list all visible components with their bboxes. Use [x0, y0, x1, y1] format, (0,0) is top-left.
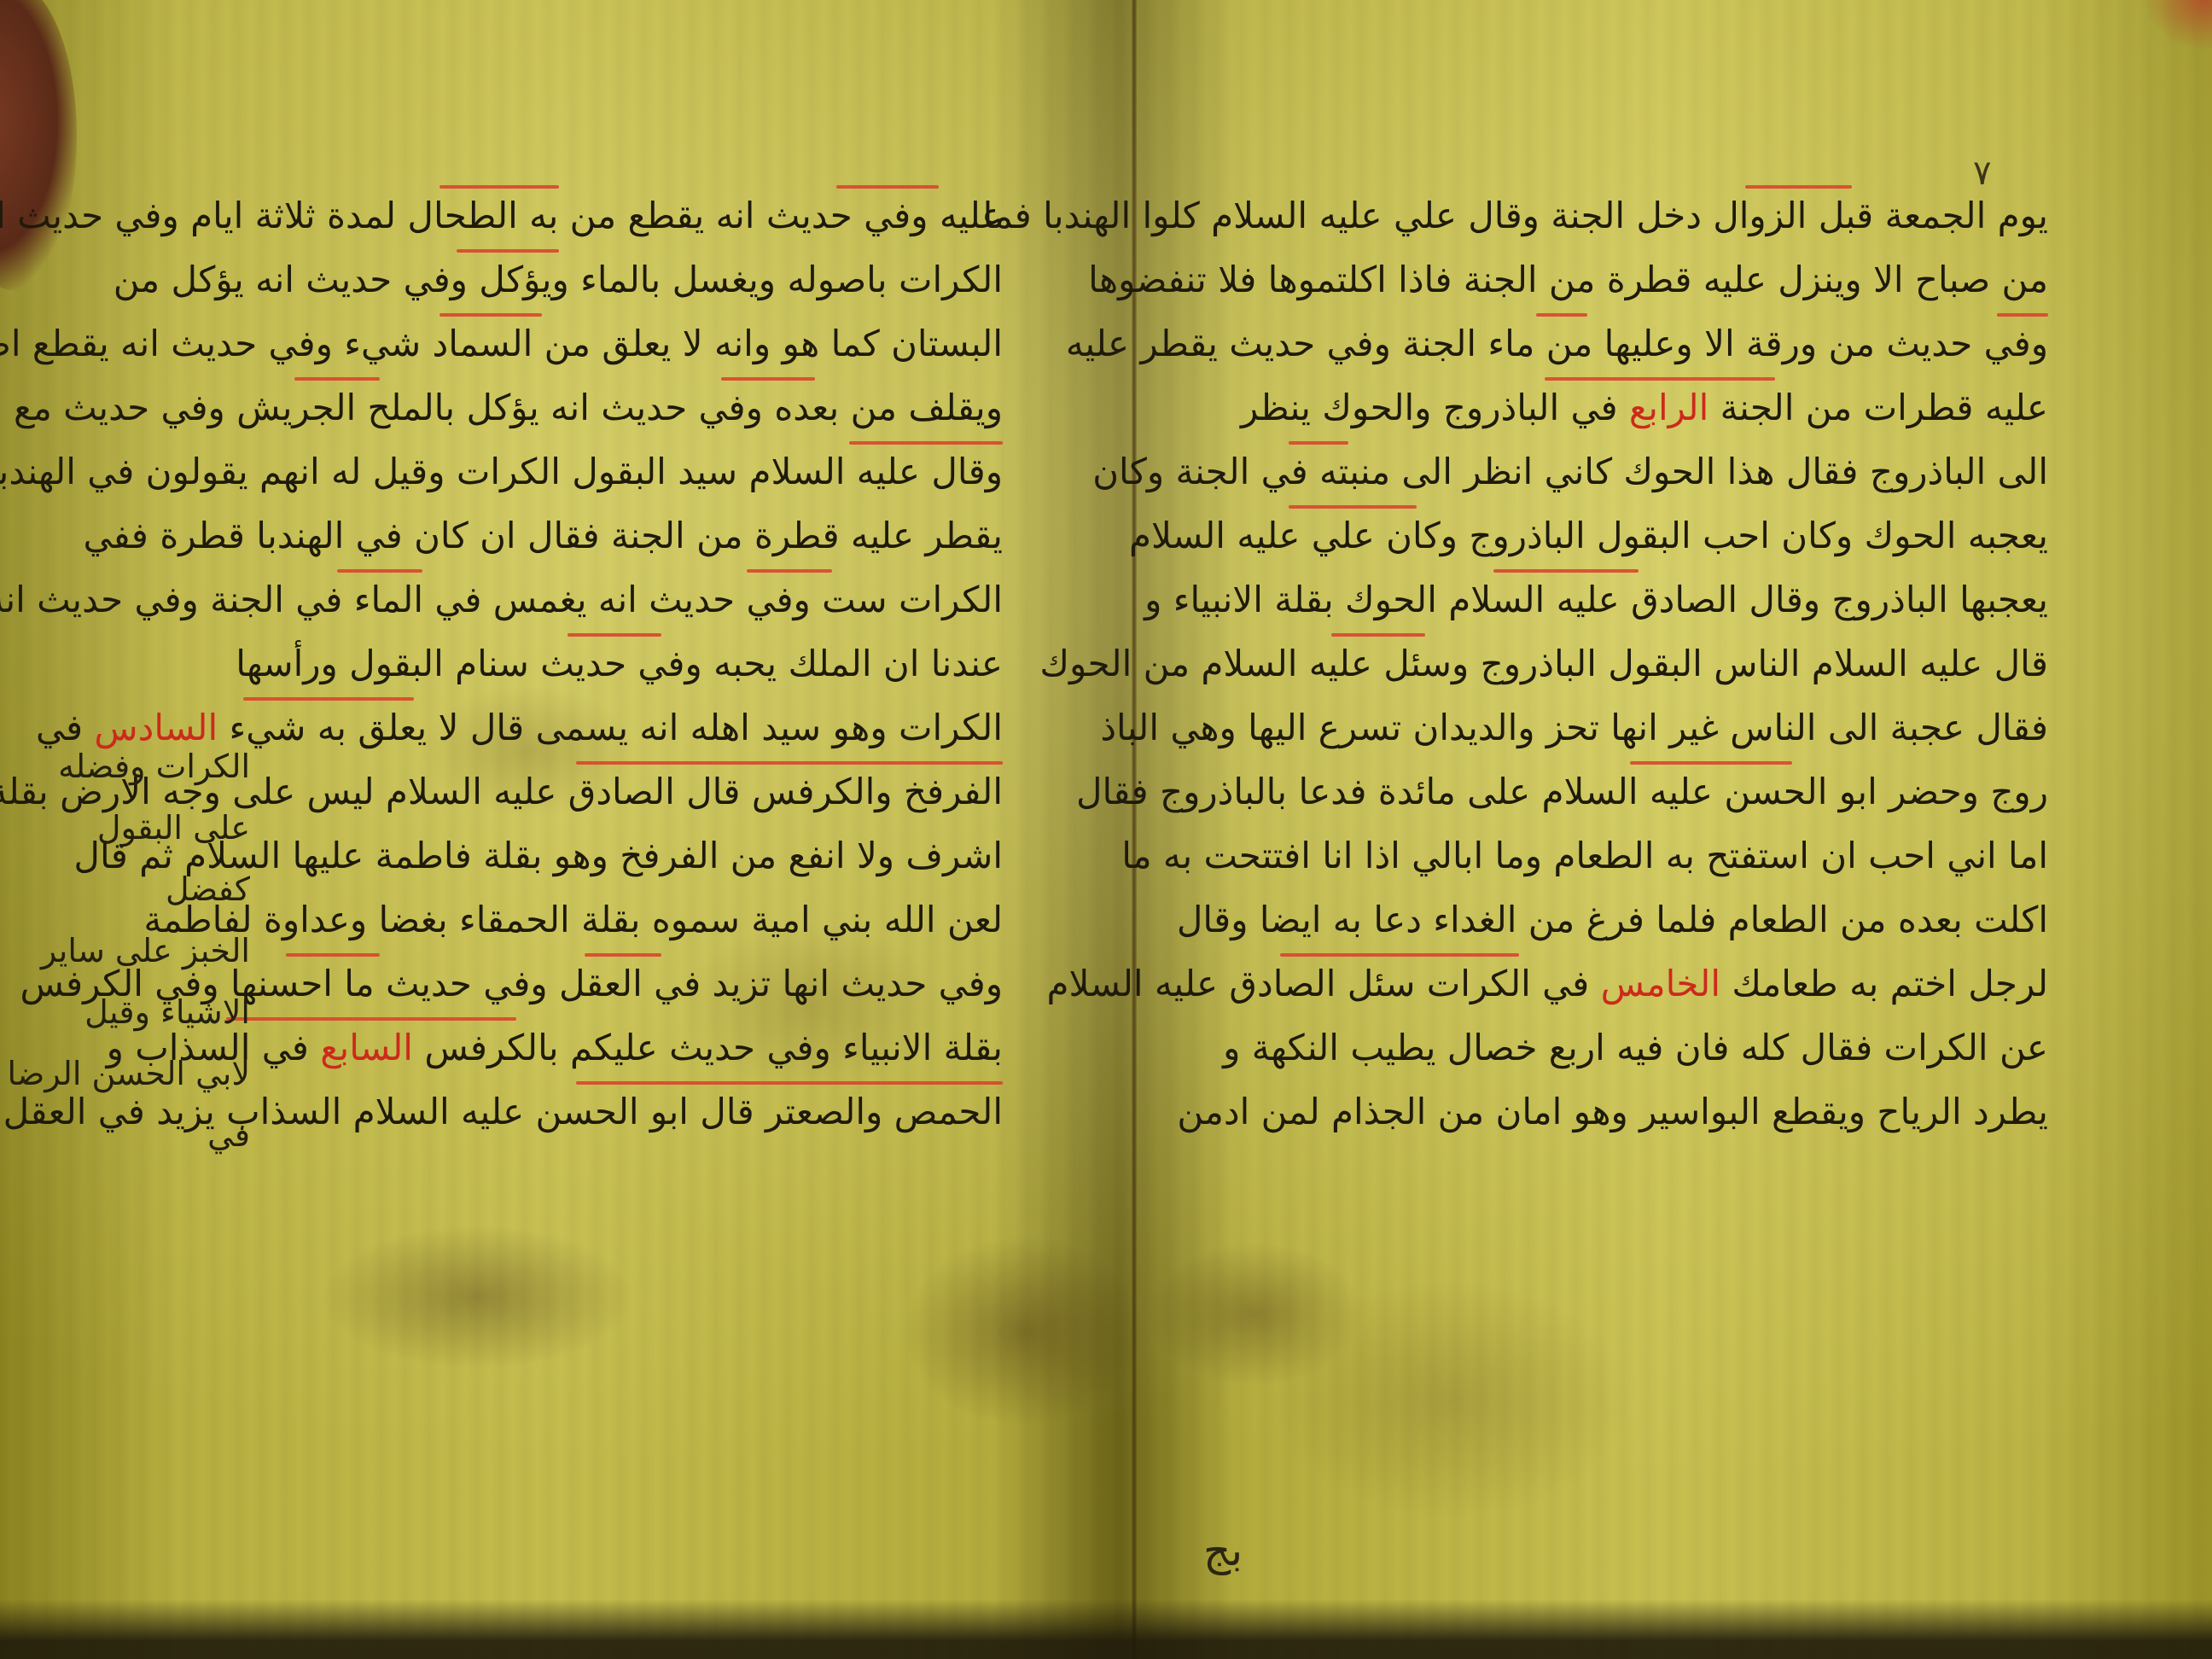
text-line: قال عليه السلام الناس البقول الباذروج وس… — [1280, 632, 2048, 696]
text-line: يوم الجمعة قبل الزوال دخل الجنة وقال علي… — [1280, 183, 2048, 247]
text-line: الحمص والصعتر قال ابو الحسن عليه السلام … — [252, 1080, 1003, 1144]
left-page: عليه وفي حديث انه يقطع من به الطحال لمدة… — [252, 183, 1003, 1144]
text-line: اما اني احب ان استفتح به الطعام وما ابال… — [1280, 824, 2048, 888]
text-line: يقطر عليه قطرة من الجنة فقال ان كان في ا… — [252, 504, 1003, 568]
text-line: فقال عجبة الى الناس غير انها تحز والديدا… — [1280, 696, 2048, 760]
text-line: اكلت بعده من الطعام فلما فرغ من الغداء د… — [1280, 888, 2048, 952]
right-page: يوم الجمعة قبل الزوال دخل الجنة وقال علي… — [1280, 183, 2048, 1144]
text-line: عن الكرات فقال كله فان فيه اربع خصال يطي… — [1280, 1016, 2048, 1080]
text-line: من صباح الا وينزل عليه قطرة من الجنة فاذ… — [1280, 247, 2048, 311]
text-line: الكرات باصوله ويغسل بالماء ويؤكل وفي حدي… — [252, 247, 1003, 311]
catchword: بج — [1203, 1526, 1243, 1575]
text-line: البستان كما هو وانه لا يعلق من السماد شي… — [252, 311, 1003, 375]
text-line: الكرات ست وفي حديث انه يغمس في الماء في … — [252, 568, 1003, 632]
text-line: الفرفخ والكرفس قال الصادق عليه السلام لي… — [252, 760, 1003, 824]
text-line: وفي حديث من ورقة الا وعليها من ماء الجنة… — [1280, 311, 2048, 375]
text-line: عندنا ان الملك يحبه وفي حديث سنام البقول… — [252, 632, 1003, 696]
text-line: الى الباذروج فقال هذا الحوك كاني انظر ال… — [1280, 439, 2048, 504]
text-line: عليه قطرات من الجنة الرابع في الباذروج و… — [1280, 375, 2048, 439]
text-line: روج وحضر ابو الحسن عليه السلام على مائدة… — [1280, 760, 2048, 824]
text-line: وفي حديث انها تزيد في العقل وفي حديث ما … — [252, 952, 1003, 1016]
text-line: بقلة الانبياء وفي حديث عليكم بالكرفس الس… — [252, 1016, 1003, 1080]
text-line: الكرات وهو سيد اهله انه يسمى قال لا يعلق… — [252, 696, 1003, 760]
rubric-heading: السابع — [320, 1027, 413, 1068]
text-line: لرجل اختم به طعامك الخامس في الكرات سئل … — [1280, 952, 2048, 1016]
margin-note: الكرات وفضله على البقول كفضل الخبز على س… — [7, 736, 250, 1166]
rubric-heading: الرابع — [1629, 387, 1708, 428]
finger-right — [2144, 0, 2212, 51]
text-line: يعجبها الباذروج وقال الصادق عليه السلام … — [1280, 568, 2048, 632]
text-line: يطرد الرياح ويقطع البواسير وهو امان من ا… — [1280, 1080, 2048, 1144]
text-line: ويقلف من بعده وفي حديث انه يؤكل بالملح ا… — [252, 375, 1003, 439]
rubric-heading: الخامس — [1601, 963, 1720, 1004]
text-line: اشرف ولا انفع من الفرفخ وهو بقلة فاطمة ع… — [252, 824, 1003, 888]
text-line: يعجبه الحوك وكان احب البقول الباذروج وكا… — [1280, 504, 2048, 568]
bottom-shadow — [0, 1599, 2212, 1659]
text-line: لعن الله بني امية سموه بقلة الحمقاء بغضا… — [252, 888, 1003, 952]
text-line: عليه وفي حديث انه يقطع من به الطحال لمدة… — [252, 183, 1003, 247]
manuscript-spread: ٧ عليه وفي حديث انه يقطع من به الطحال لم… — [0, 0, 2212, 1659]
text-line: وقال عليه السلام سيد البقول الكرات وقيل … — [252, 439, 1003, 504]
